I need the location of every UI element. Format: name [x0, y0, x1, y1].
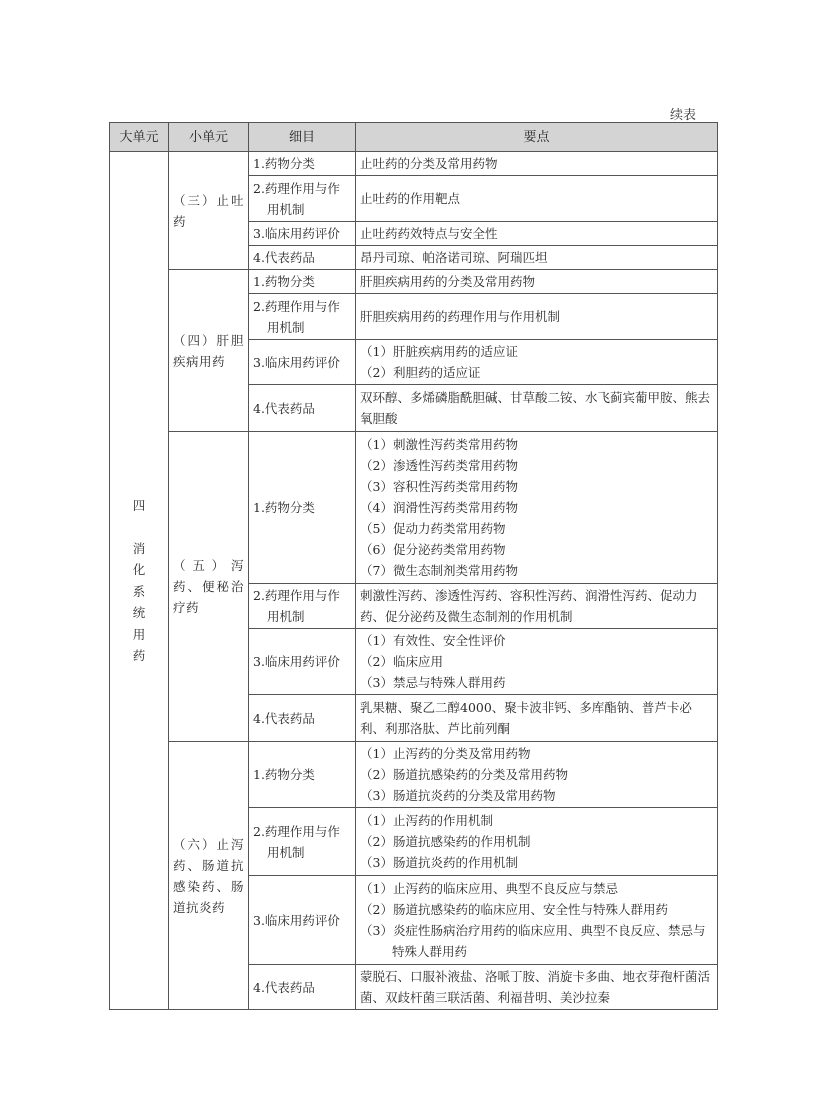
header-key-points: 要点	[356, 123, 718, 152]
point-cell: （1）止泻药的临床应用、典型不良反应与禁忌 （2）肠道抗感染药的临床应用、安全性…	[356, 876, 718, 965]
item-cell: 2.药理作用与作用机制	[249, 584, 356, 629]
item-cell: 3.临床用药评价	[249, 629, 356, 695]
item-cell: 3.临床用药评价	[249, 222, 356, 246]
major-unit-cell: 四 消 化 系 统 用 药	[110, 152, 169, 1010]
table-header-row: 大单元 小单元 细目 要点	[110, 123, 718, 152]
point-cell: 蒙脱石、口服补液盐、洛哌丁胺、消旋卡多曲、地衣芽孢杆菌活菌、双歧杆菌三联活菌、利…	[356, 965, 718, 1010]
point-cell: （1）止泻药的作用机制 （2）肠道抗感染药的作用机制 （3）肠道抗炎药的作用机制	[356, 808, 718, 876]
point-cell: （1）肝脏疾病用药的适应证 （2）利胆药的适应证	[356, 340, 718, 385]
item-cell: 1.药物分类	[249, 270, 356, 294]
item-cell: 3.临床用药评价	[249, 876, 356, 965]
point-cell: 肝胆疾病用药的分类及常用药物	[356, 270, 718, 294]
point-cell: （1）有效性、安全性评价 （2）临床应用 （3）禁忌与特殊人群用药	[356, 629, 718, 695]
major-unit-name: 消 化 系 统 用 药	[114, 538, 164, 667]
table-row: （六）止泻药、肠道抗感染药、肠道抗炎药 1.药物分类 （1）止泻药的分类及常用药…	[110, 742, 718, 808]
major-unit-number: 四	[114, 495, 164, 516]
minor-unit-cell: （六）止泻药、肠道抗感染药、肠道抗炎药	[169, 742, 249, 1010]
item-cell: 4.代表药品	[249, 385, 356, 432]
point-cell: 乳果糖、聚乙二醇4000、聚卡波非钙、多库酯钠、普芦卡必利、利那洛肽、芦比前列酮	[356, 695, 718, 742]
point-cell: （1）止泻药的分类及常用药物 （2）肠道抗感染药的分类及常用药物 （3）肠道抗炎…	[356, 742, 718, 808]
item-cell: 1.药物分类	[249, 152, 356, 176]
point-cell: 双环醇、多烯磷脂酰胆碱、甘草酸二铵、水飞蓟宾葡甲胺、熊去氧胆酸	[356, 385, 718, 432]
header-item: 细目	[249, 123, 356, 152]
point-cell: 止吐药的作用靶点	[356, 176, 718, 222]
minor-unit-cell: （四）肝胆疾病用药	[169, 270, 249, 432]
point-cell: 止吐药的分类及常用药物	[356, 152, 718, 176]
item-cell: 4.代表药品	[249, 695, 356, 742]
continued-table-label: 续表	[670, 104, 696, 123]
table-row: （四）肝胆疾病用药 1.药物分类 肝胆疾病用药的分类及常用药物	[110, 270, 718, 294]
item-cell: 4.代表药品	[249, 246, 356, 270]
minor-unit-cell: （三）止吐药	[169, 152, 249, 270]
point-cell: （1）刺激性泻药类常用药物 （2）渗透性泻药类常用药物 （3）容积性泻药类常用药…	[356, 432, 718, 584]
item-cell: 4.代表药品	[249, 965, 356, 1010]
syllabus-table: 大单元 小单元 细目 要点 四 消 化 系 统 用 药 （三）止吐药 1.药物分…	[109, 122, 718, 1010]
point-cell: 止吐药药效特点与安全性	[356, 222, 718, 246]
point-cell: 肝胆疾病用药的药理作用与作用机制	[356, 294, 718, 340]
header-major-unit: 大单元	[110, 123, 169, 152]
header-minor-unit: 小单元	[169, 123, 249, 152]
item-cell: 3.临床用药评价	[249, 340, 356, 385]
point-cell: 昂丹司琼、帕洛诺司琼、阿瑞匹坦	[356, 246, 718, 270]
point-cell: 刺激性泻药、渗透性泻药、容积性泻药、润滑性泻药、促动力药、促分泌药及微生态制剂的…	[356, 584, 718, 629]
table-row: （五）泻药、便秘治疗药 1.药物分类 （1）刺激性泻药类常用药物 （2）渗透性泻…	[110, 432, 718, 584]
item-cell: 1.药物分类	[249, 742, 356, 808]
item-cell: 2.药理作用与作用机制	[249, 176, 356, 222]
item-cell: 2.药理作用与作用机制	[249, 808, 356, 876]
item-cell: 1.药物分类	[249, 432, 356, 584]
table-row: 四 消 化 系 统 用 药 （三）止吐药 1.药物分类 止吐药的分类及常用药物	[110, 152, 718, 176]
item-cell: 2.药理作用与作用机制	[249, 294, 356, 340]
minor-unit-cell: （五）泻药、便秘治疗药	[169, 432, 249, 742]
